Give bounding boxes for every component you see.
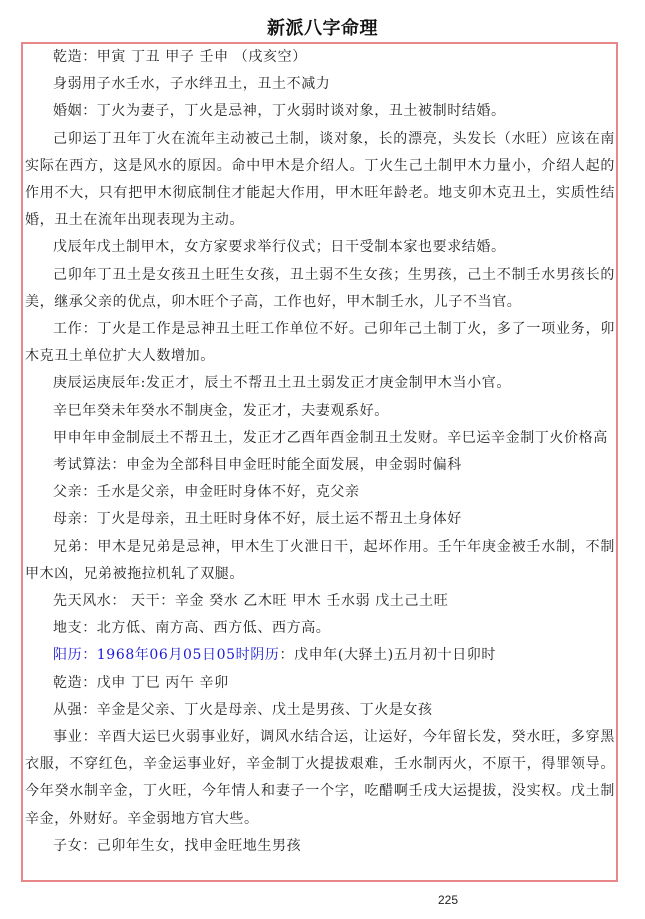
paragraph-exam: 考试算法：申金为全部科目申金旺时能全面发展，申金弱时偏科 <box>25 452 615 479</box>
paragraph-chart-2: 乾造：戊申 丁巳 丙午 辛卯 <box>25 670 615 697</box>
paragraph-children: 子女：己卯年生女，找申金旺地生男孩 <box>25 833 615 860</box>
paragraph-jimao-luck: 己卯运丁丑年丁火在流年主动被己土制，谈对象，长的漂亮，头发长（水旺）应该在南实际… <box>25 126 615 235</box>
paragraph-fengshui-heaven: 先天风水： 天干：辛金 癸水 乙木旺 甲木 壬水弱 戊土己土旺 <box>25 588 615 615</box>
paragraph-gengchen: 庚辰运庚辰年:发正才，辰土不帮丑土丑土弱发正才庚金制甲木当小官。 <box>25 370 615 397</box>
paragraph-birth-date: 阳历：1968年06月05日05时阴历：戊申年(大驿土)五月初十日卯时 <box>25 642 615 669</box>
page-number: 225 <box>0 893 458 907</box>
page-title: 新派八字命理 <box>0 14 645 40</box>
paragraph-jimao-year: 己卯年丁丑土是女孩丑土旺生女孩，丑土弱不生女孩；生男孩，己土不制壬水男孩长的美，… <box>25 262 615 316</box>
paragraph-career: 事业：辛酉大运巳火弱事业好，调风水结合运，让运好，今年留长发，癸水旺，多穿黑衣服… <box>25 724 615 833</box>
solar-date-highlight: 阳历：1968年06月05日05时阴历 <box>53 647 279 663</box>
paragraph-strength: 身弱用子水壬水，子水绊丑土，丑土不减力 <box>25 71 615 98</box>
paragraph-work: 工作：丁火是工作是忌神丑土旺工作单位不好。己卯年己土制丁火，多了一项业务，卯木克… <box>25 316 615 370</box>
paragraph-mother: 母亲：丁火是母亲，丑土旺时身体不好，辰土运不帮丑土身体好 <box>25 506 615 533</box>
paragraph-jiashen: 甲申年申金制辰土不帮丑土，发正才乙酉年酉金制丑土发财。辛巳运辛金制丁火价格高 <box>25 425 615 452</box>
paragraph-brother: 兄弟：甲木是兄弟是忌神，甲木生丁火泄日干，起坏作用。壬午年庚金被壬水制，不制甲木… <box>25 534 615 588</box>
paragraph-wuchen-year: 戊辰年戊土制甲木，女方家要求举行仪式；日干受制本家也要求结婚。 <box>25 234 615 261</box>
paragraph-marriage: 婚姻：丁火为妻子，丁火是忌神，丁火弱时谈对象，丑土被制时结婚。 <box>25 98 615 125</box>
paragraph-chart-1: 乾造：甲寅 丁丑 甲子 壬申 （戌亥空） <box>25 44 615 71</box>
document-body: 乾造：甲寅 丁丑 甲子 壬申 （戌亥空） 身弱用子水壬水，子水绊丑土，丑土不减力… <box>25 44 615 860</box>
paragraph-xinsi: 辛巳年癸未年癸水不制庚金，发正才，夫妻观系好。 <box>25 398 615 425</box>
paragraph-fengshui-earth: 地支：北方低、南方高、西方低、西方高。 <box>25 615 615 642</box>
lunar-date-text: ：戊申年(大驿土)五月初十日卯时 <box>279 647 496 663</box>
paragraph-father: 父亲：壬水是父亲，申金旺时身体不好，克父亲 <box>25 479 615 506</box>
paragraph-follow-strong: 从强：辛金是父亲、丁火是母亲、戊土是男孩、丁火是女孩 <box>25 697 615 724</box>
